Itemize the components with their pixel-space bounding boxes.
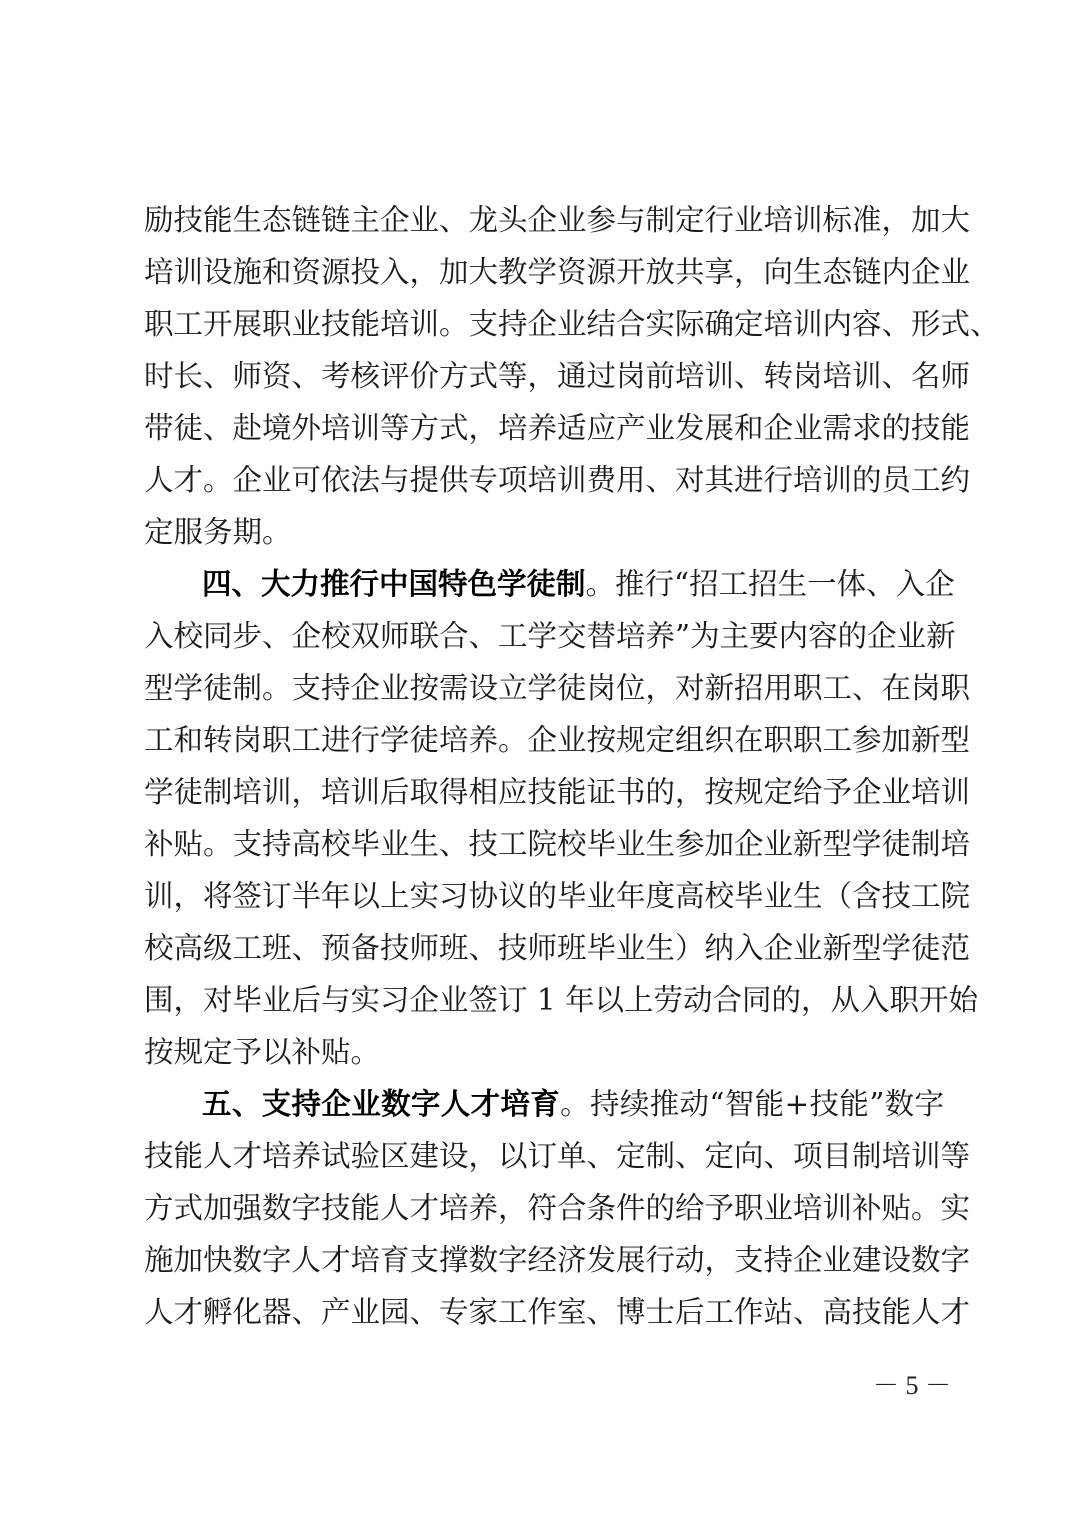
section-heading: 四、大力推行中国特色学徒制 xyxy=(202,567,586,601)
text-line: 方式加强数字技能人才培养，符合条件的给予职业培训补贴。实 xyxy=(144,1182,944,1234)
text-line: 技能人才培养试验区建设，以订单、定制、定向、项目制培训等 xyxy=(144,1130,944,1182)
text-line: 学徒制培训，培训后取得相应技能证书的，按规定给予企业培训 xyxy=(144,766,944,818)
text-line: 培训设施和资源投入，加大教学资源开放共享，向生态链内企业 xyxy=(144,246,944,298)
text-line: 人才。企业可依法与提供专项培训费用、对其进行培训的员工约 xyxy=(144,454,944,506)
text-line: 定服务期。 xyxy=(144,506,944,558)
text-fragment: 。推行“招工招生一体、入企 xyxy=(586,567,955,601)
text-line: 按规定予以补贴。 xyxy=(144,1026,944,1078)
text-line: 施加快数字人才培育支撑数字经济发展行动，支持企业建设数字 xyxy=(144,1234,944,1286)
text-line: 型学徒制。支持企业按需设立学徒岗位，对新招用职工、在岗职 xyxy=(144,662,944,714)
section-heading: 五、支持企业数字人才培育 xyxy=(202,1087,560,1121)
page-number: － 5 － xyxy=(872,1368,952,1404)
text-line: 校高级工班、预备技师班、技师班毕业生）纳入企业新型学徒范 xyxy=(144,922,944,974)
document-page: 励技能生态链链主企业、龙头企业参与制定行业培训标准，加大 培训设施和资源投入，加… xyxy=(0,0,1074,1520)
text-line: 入校同步、企校双师联合、工学交替培养”为主要内容的企业新 xyxy=(144,610,944,662)
text-line: 人才孵化器、产业园、专家工作室、博士后工作站、高技能人才 xyxy=(144,1286,944,1338)
text-line: 工和转岗职工进行学徒培养。企业按规定组织在职职工参加新型 xyxy=(144,714,944,766)
text-line: 围，对毕业后与实习企业签订 1 年以上劳动合同的，从入职开始 xyxy=(144,974,944,1026)
text-line: 时长、师资、考核评价方式等，通过岗前培训、转岗培训、名师 xyxy=(144,350,944,402)
section-heading-line: 四、大力推行中国特色学徒制。推行“招工招生一体、入企 xyxy=(202,558,944,610)
text-fragment: 。持续推动“智能+技能”数字 xyxy=(560,1087,944,1121)
text-line: 励技能生态链链主企业、龙头企业参与制定行业培训标准，加大 xyxy=(144,194,944,246)
text-line: 训，将签订半年以上实习协议的毕业年度高校毕业生（含技工院 xyxy=(144,870,944,922)
section-heading-line: 五、支持企业数字人才培育。持续推动“智能+技能”数字 xyxy=(202,1078,944,1130)
text-line: 职工开展职业技能培训。支持企业结合实际确定培训内容、形式、 xyxy=(144,298,944,350)
text-line: 带徒、赴境外培训等方式，培养适应产业发展和企业需求的技能 xyxy=(144,402,944,454)
text-line: 补贴。支持高校毕业生、技工院校毕业生参加企业新型学徒制培 xyxy=(144,818,944,870)
